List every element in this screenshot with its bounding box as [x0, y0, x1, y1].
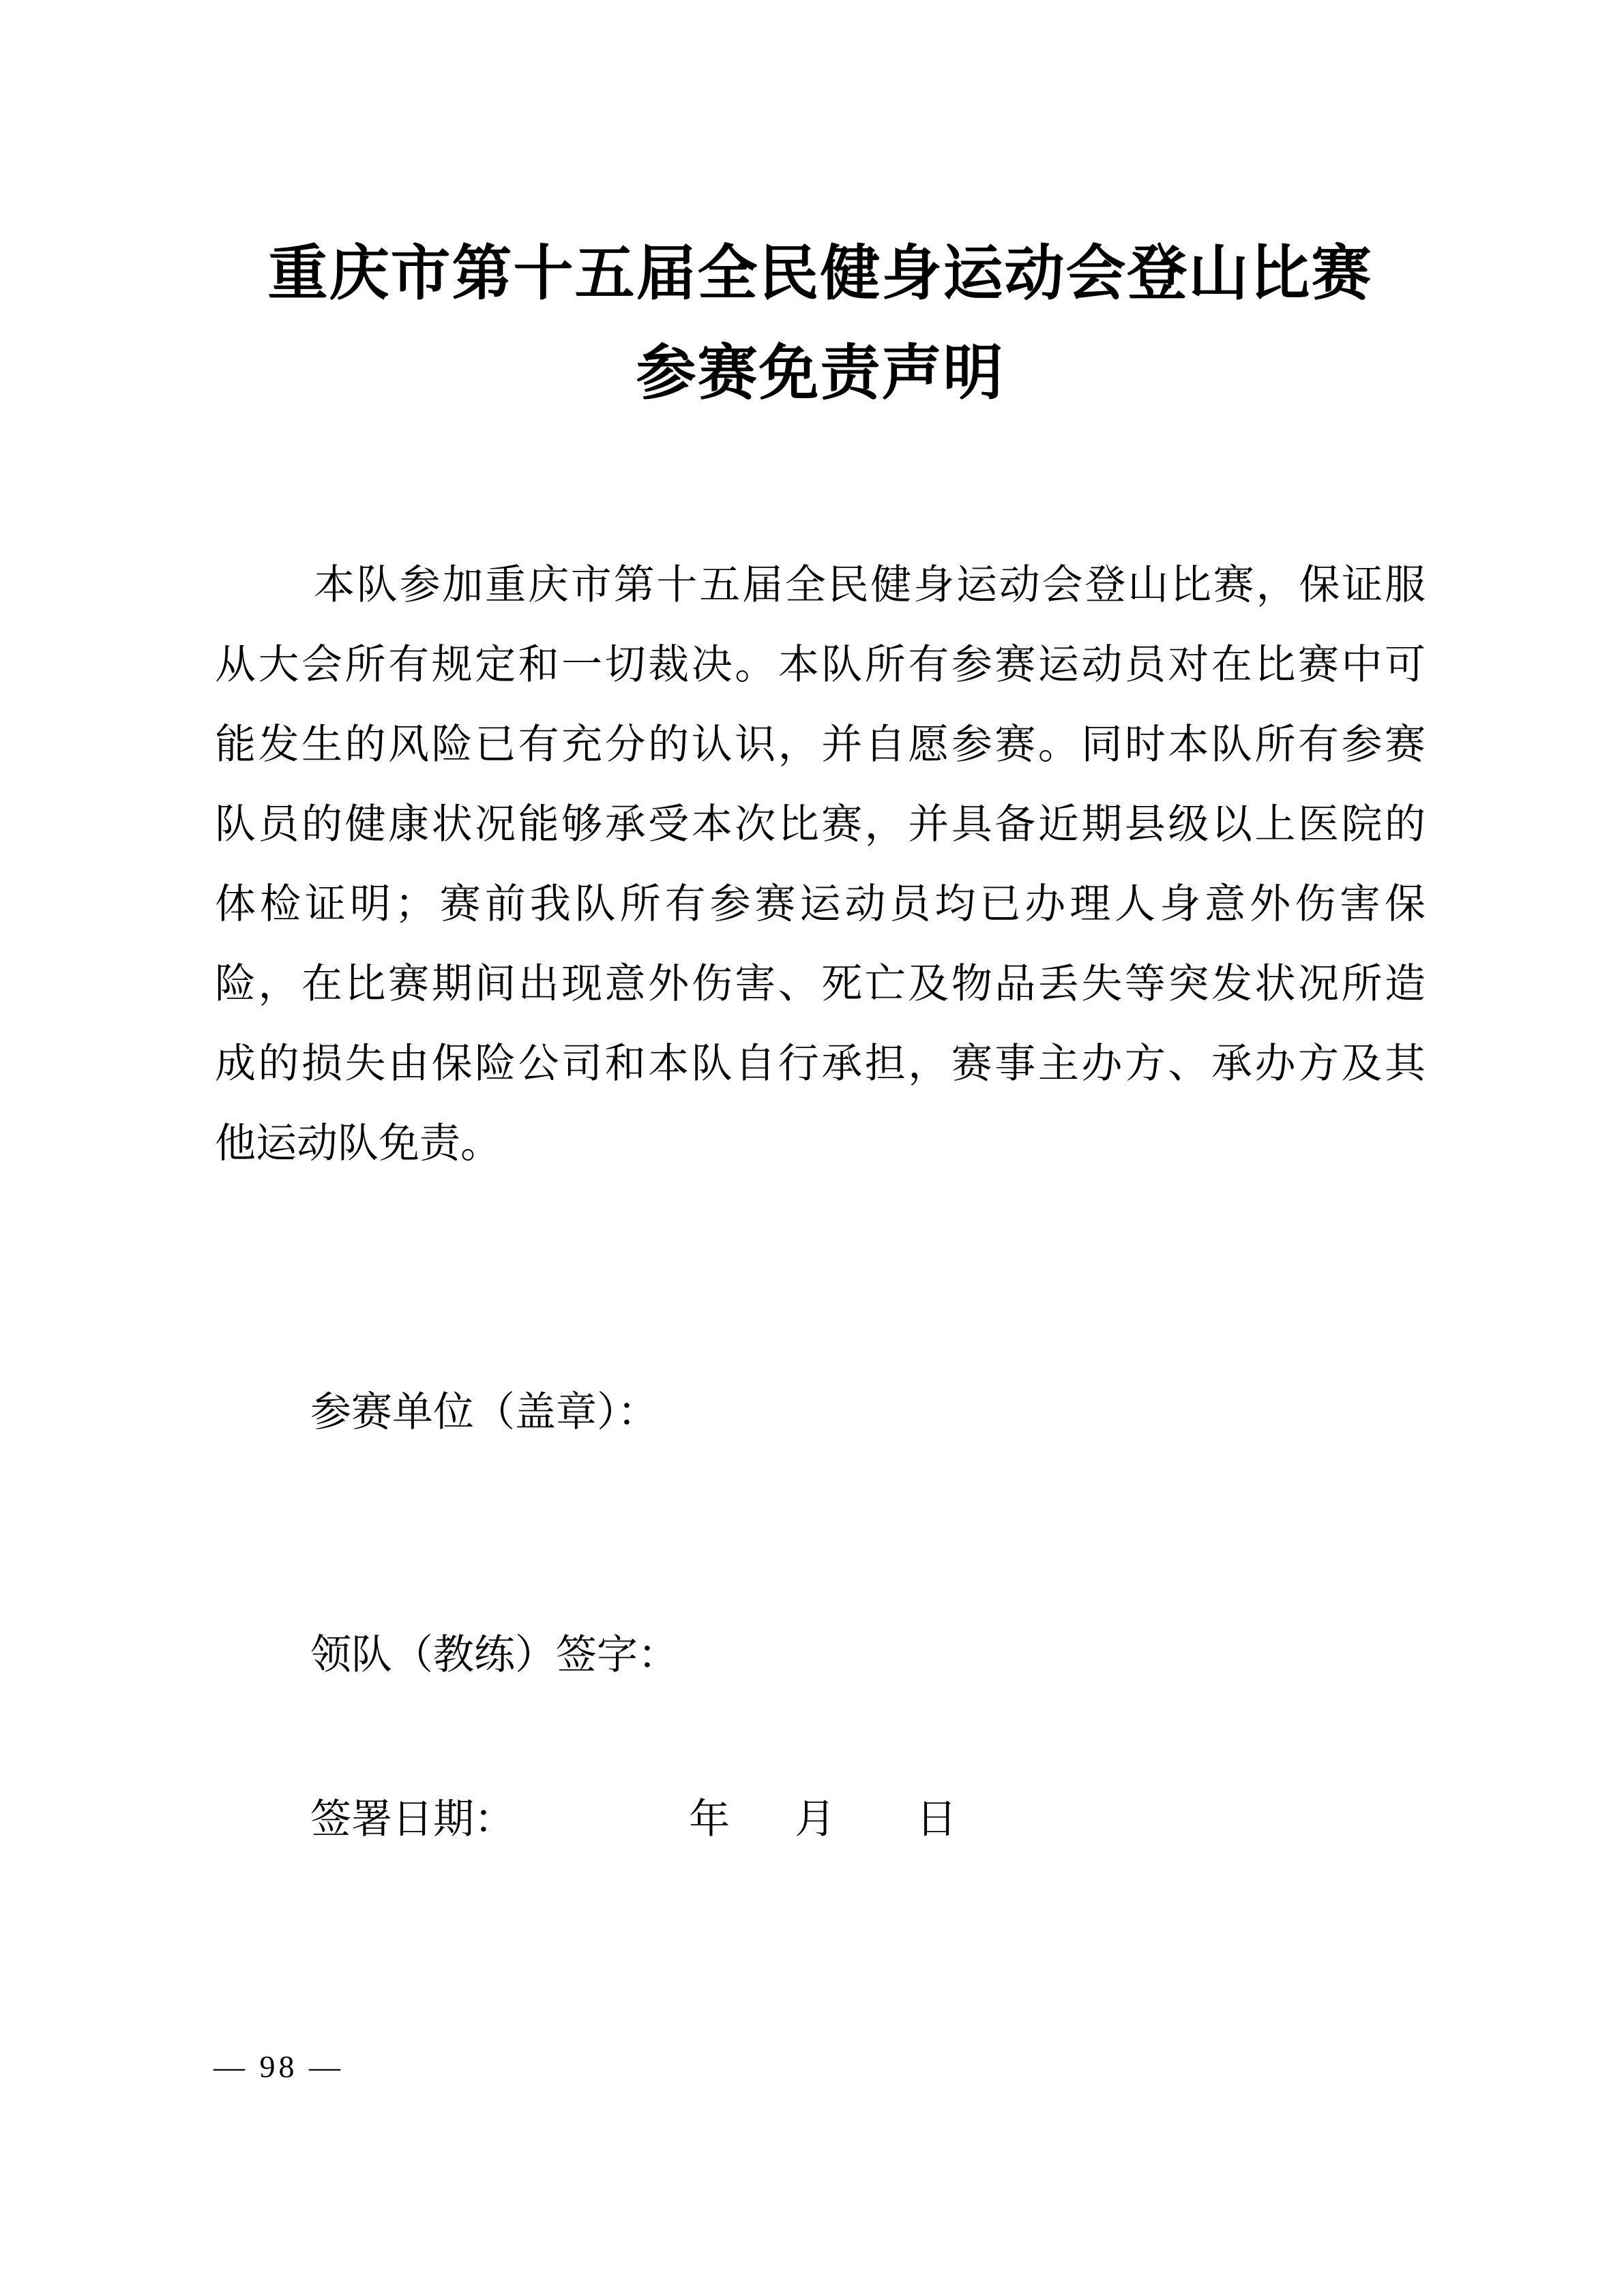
signing-date-line: 签署日期：年月日 — [310, 1798, 957, 1840]
page-number: — 98 — — [213, 2050, 344, 2084]
body-paragraph: 本队参加重庆市第十五届全民健身运动会登山比赛，保证服 从大会所有规定和一切裁决。… — [215, 546, 1426, 1184]
leader-coach-signature-label: 领队（教练）签字： — [310, 1634, 679, 1676]
body-line: 从大会所有规定和一切裁决。本队所有参赛运动员对在比赛中可 — [215, 625, 1426, 705]
title-line-1: 重庆市第十五届全民健身运动会登山比赛 — [215, 225, 1426, 325]
body-line: 本队参加重庆市第十五届全民健身运动会登山比赛，保证服 — [215, 546, 1426, 625]
body-line: 险，在比赛期间出现意外伤害、死亡及物品丢失等突发状况所造 — [215, 944, 1426, 1024]
document-page: 重庆市第十五届全民健身运动会登山比赛 参赛免责声明 本队参加重庆市第十五届全民健… — [0, 0, 1624, 2296]
signing-date-label: 签署日期： — [310, 1797, 515, 1842]
participating-unit-seal-label: 参赛单位（盖章）： — [310, 1391, 658, 1433]
day-label: 日 — [916, 1797, 957, 1842]
year-label: 年 — [689, 1797, 730, 1842]
body-line: 队员的健康状况能够承受本次比赛，并具备近期县级以上医院的 — [215, 785, 1426, 865]
body-line: 他运动队免责。 — [215, 1104, 1426, 1184]
body-line: 体检证明；赛前我队所有参赛运动员均已办理人身意外伤害保 — [215, 865, 1426, 944]
page-title: 重庆市第十五届全民健身运动会登山比赛 参赛免责声明 — [215, 225, 1426, 424]
body-line: 能发生的风险已有充分的认识，并自愿参赛。同时本队所有参赛 — [215, 705, 1426, 785]
title-line-2: 参赛免责声明 — [215, 325, 1426, 424]
body-line: 成的损失由保险公司和本队自行承担，赛事主办方、承办方及其 — [215, 1024, 1426, 1104]
month-label: 月 — [795, 1797, 836, 1842]
